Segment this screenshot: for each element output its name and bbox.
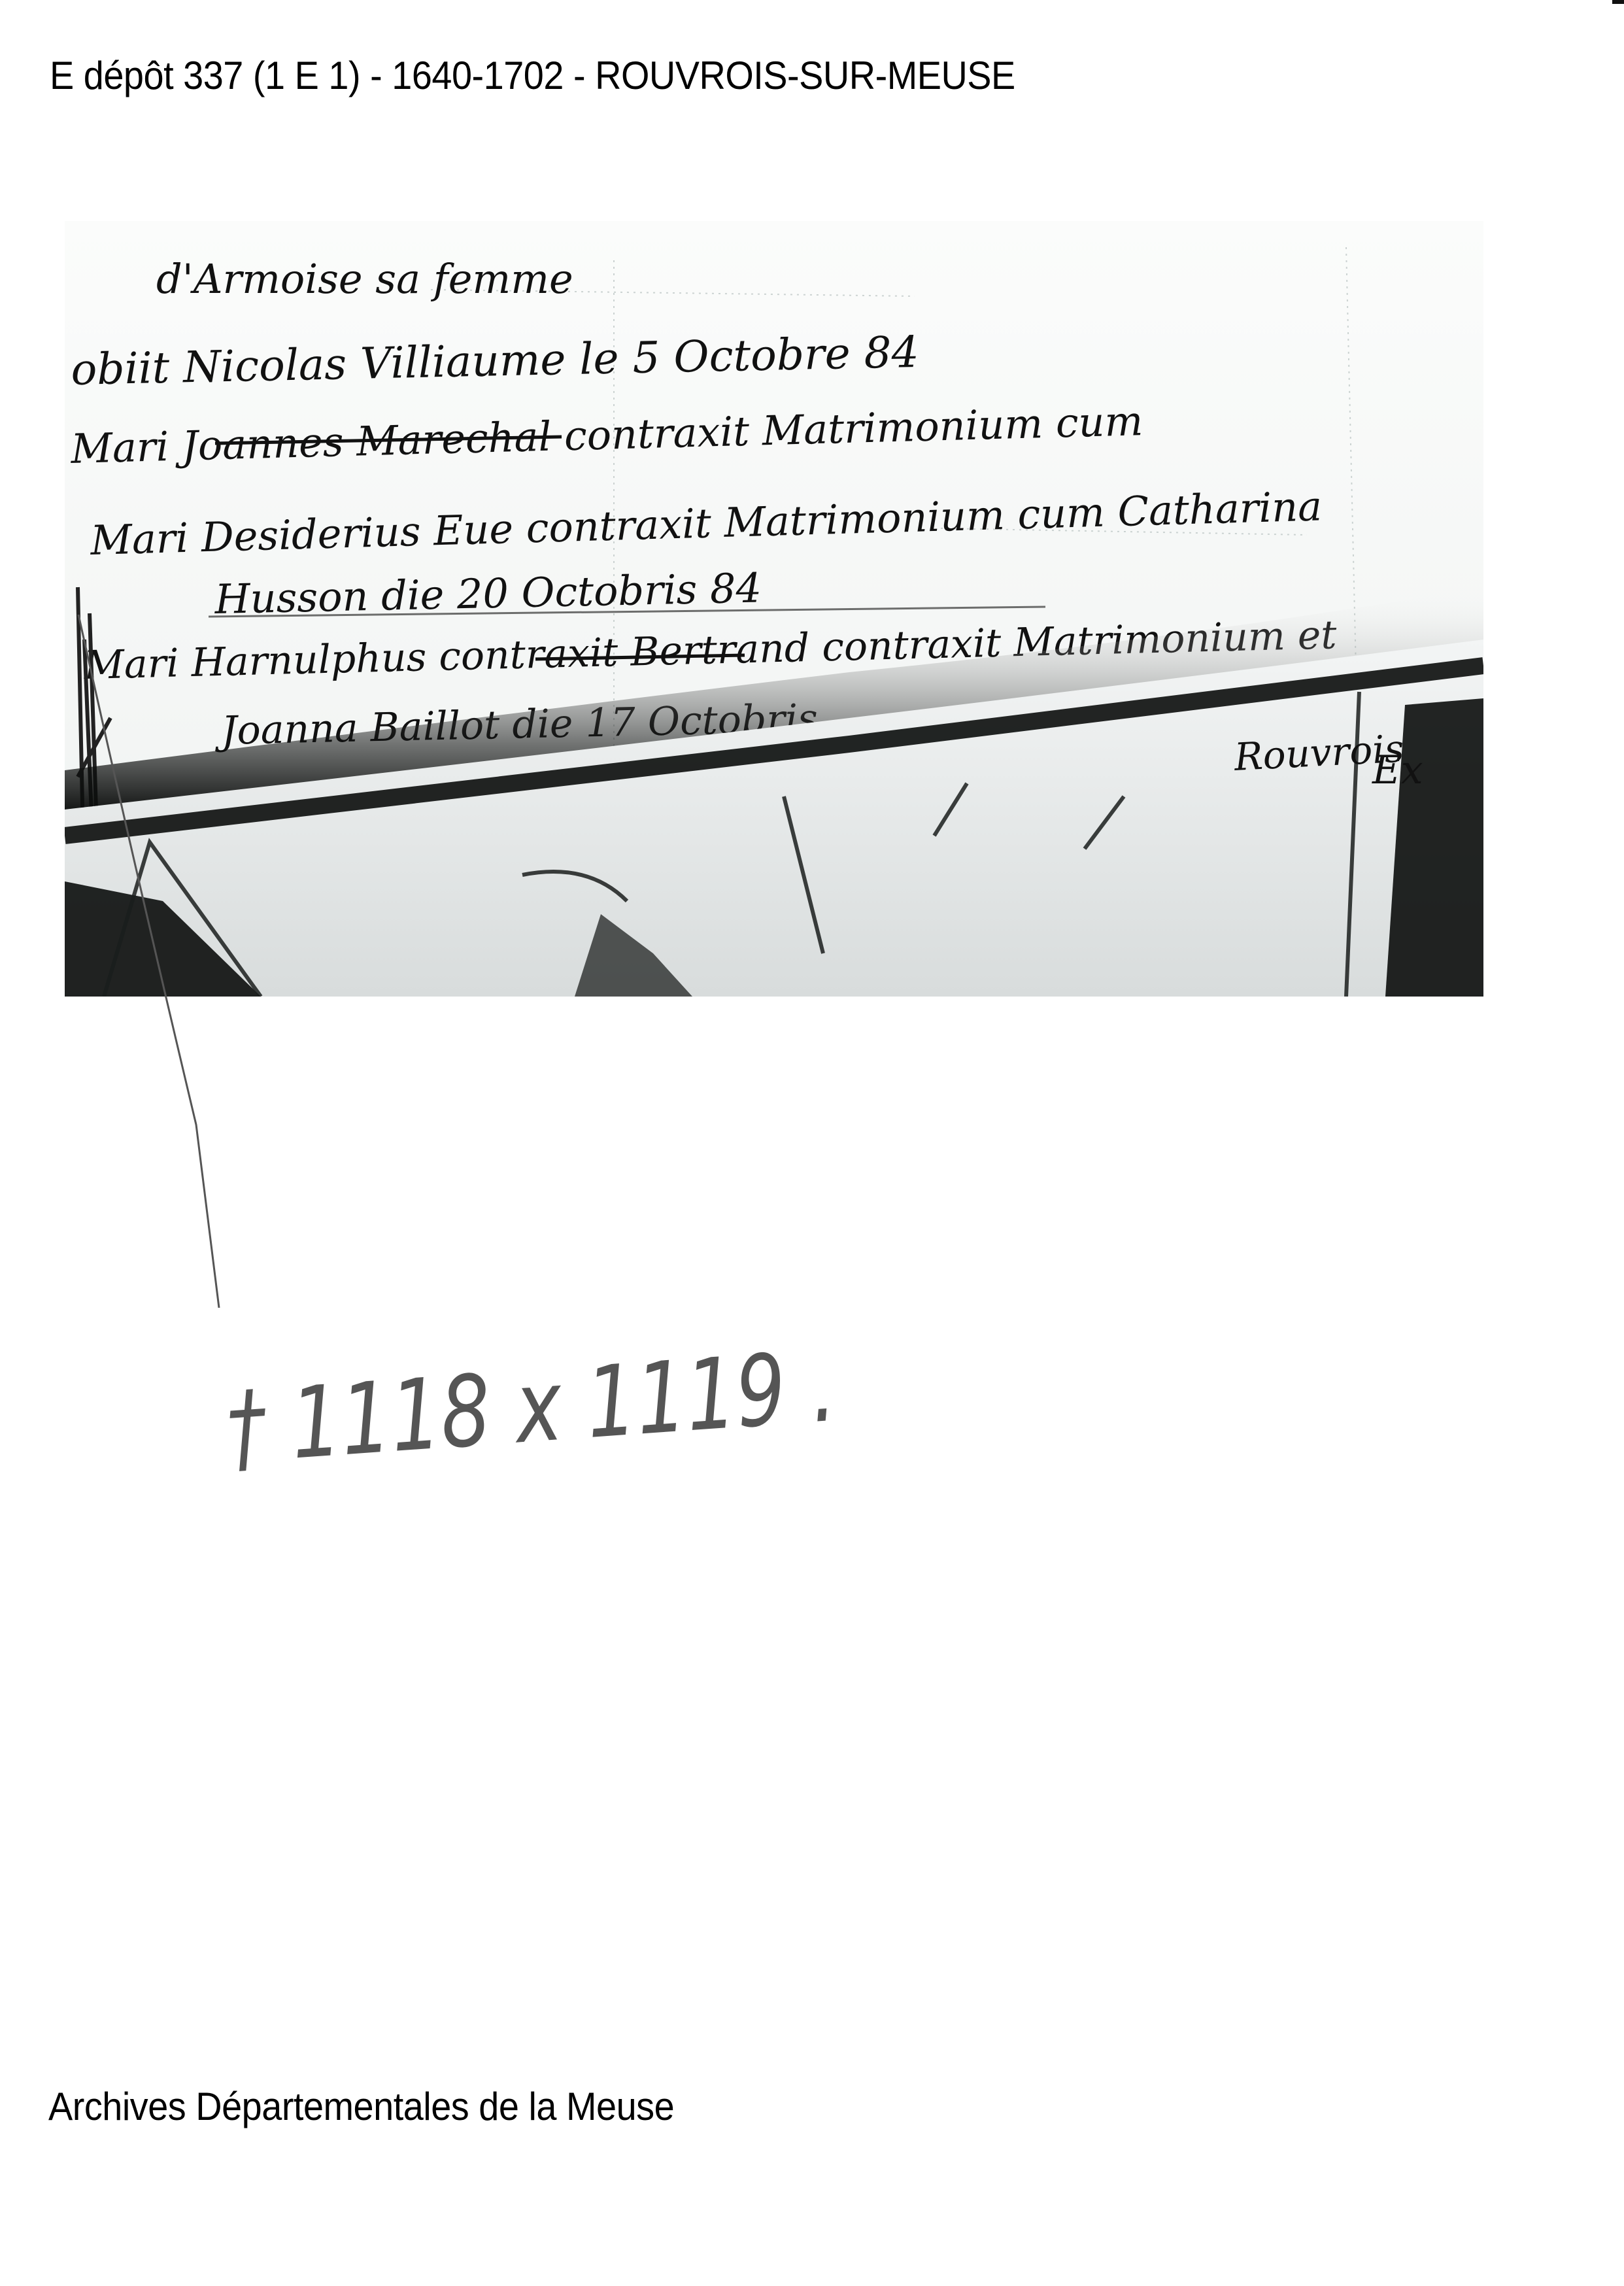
archive-credit-footer: Archives Départementales de la Meuse (48, 2083, 674, 2130)
manuscript-line: Mari Joannes Marechal contraxit Matrimon… (69, 397, 1143, 473)
manuscript-scan-image: d'Armoise sa femme obiit Nicolas Villiau… (65, 221, 1483, 997)
pencil-annotation: † 1118 x 1119 . (224, 1330, 839, 1486)
manuscript-corner-note: Ex (1372, 747, 1423, 793)
document-header-title: E dépôt 337 (1 E 1) - 1640-1702 - ROUVRO… (50, 52, 1015, 99)
manuscript-scan-drawing: d'Armoise sa femme obiit Nicolas Villiau… (65, 221, 1483, 997)
scan-edge-mark (1612, 0, 1624, 4)
manuscript-line: obiit Nicolas Villiaume le 5 Octobre 84 (71, 327, 920, 395)
manuscript-line: d'Armoise sa femme (156, 255, 573, 303)
manuscript-line: Mari Desiderius Eue contraxit Matrimoniu… (89, 482, 1323, 564)
